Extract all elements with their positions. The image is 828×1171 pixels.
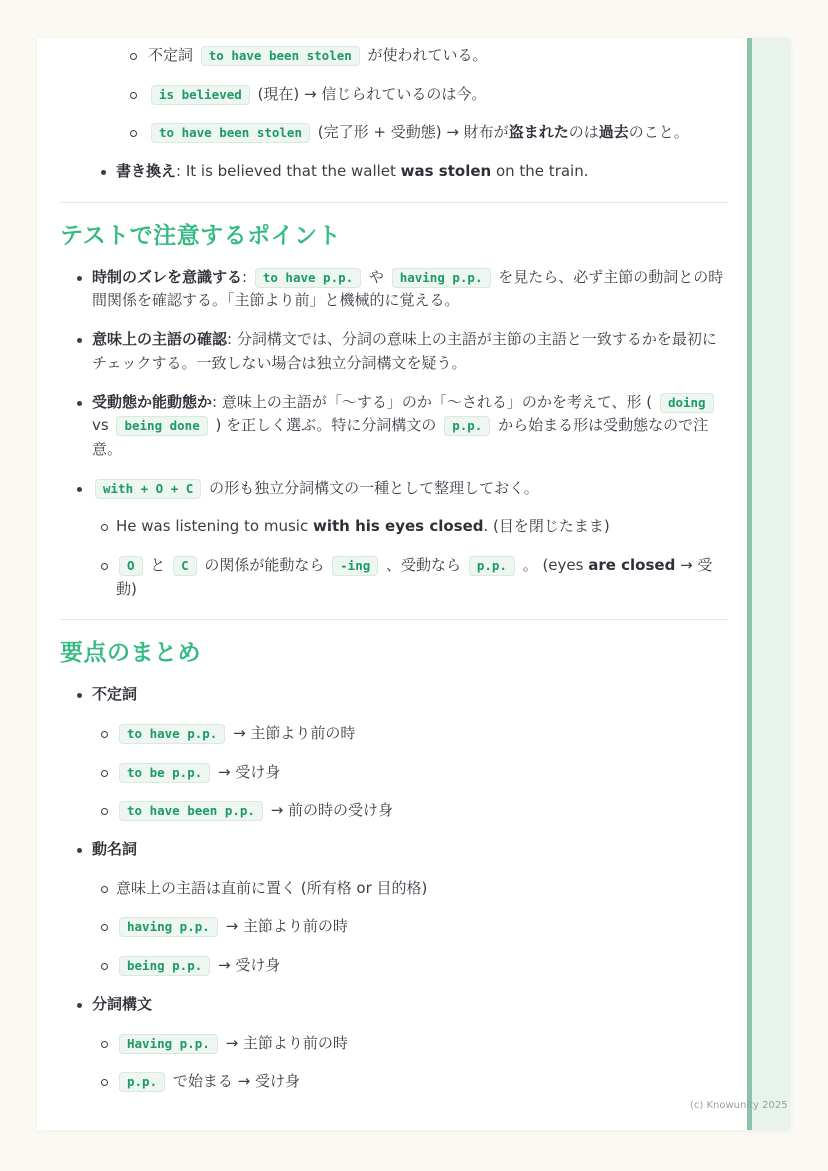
text-run: (現在) → 信じられているのは今。 xyxy=(253,85,487,103)
inline-code-badge: to have been p.p. xyxy=(119,801,263,821)
bullet-circle-marker xyxy=(101,924,108,931)
inline-code-badge: p.p. xyxy=(119,1072,165,1092)
list-item-text: having p.p. → 主節より前の時 xyxy=(116,915,728,939)
list-item: having p.p. → 主節より前の時 xyxy=(60,915,728,939)
list-item-text: p.p. で始まる → 受け身 xyxy=(116,1070,728,1094)
list-item-text: 意味上の主語の確認: 分詞構文では、分詞の意味上の主語が主節の主語と一致するかを… xyxy=(92,328,728,375)
list-item: 意味上の主語の確認: 分詞構文では、分詞の意味上の主語が主節の主語と一致するかを… xyxy=(60,328,728,375)
text-run: のは xyxy=(569,123,599,141)
text-run: のこと。 xyxy=(629,123,689,141)
text-run: : 意味上の主語が「〜する」のか「〜される」のかを考えて、形 ( xyxy=(212,393,657,411)
bullet-disc-marker xyxy=(77,401,82,406)
inline-code-badge: to be p.p. xyxy=(119,763,210,783)
text-run: 意味上の主語は直前に置く (所有格 or 目的格) xyxy=(116,879,427,897)
list-item: to have p.p. → 主節より前の時 xyxy=(60,722,728,746)
text-run: ) を正しく選ぶ。特に分詞構文の xyxy=(211,416,441,434)
inline-code-badge: having p.p. xyxy=(392,268,491,288)
list-item-text: to have been stolen (完了形 + 受動態) → 財布が盗まれ… xyxy=(148,121,728,145)
list-item-text: 書き換え: It is believed that the wallet was… xyxy=(116,160,728,184)
list-item: 受動態か能動態か: 意味上の主語が「〜する」のか「〜される」のかを考えて、形 (… xyxy=(60,391,728,462)
bold-text: 意味上の主語の確認 xyxy=(92,330,227,348)
list-item: Having p.p. → 主節より前の時 xyxy=(60,1032,728,1056)
bullet-disc-marker xyxy=(77,487,82,492)
text-run: : xyxy=(242,268,252,286)
text-run: (完了形 + 受動態) → 財布が xyxy=(313,123,509,141)
text-run: 不定詞 xyxy=(148,46,198,64)
bullet-circle-marker xyxy=(130,130,137,137)
inline-code-badge: p.p. xyxy=(469,556,515,576)
list-item: to be p.p. → 受け身 xyxy=(60,761,728,785)
bullet-circle-marker xyxy=(101,1079,108,1086)
text-run: と xyxy=(146,556,171,574)
list-item-text: 不定詞 xyxy=(92,683,728,707)
bullet-disc-marker xyxy=(101,170,106,175)
section-heading: テストで注意するポイント xyxy=(60,221,728,251)
list-item: 意味上の主語は直前に置く (所有格 or 目的格) xyxy=(60,877,728,901)
text-run: が使われている。 xyxy=(363,46,488,64)
list-item-text: to have been p.p. → 前の時の受け身 xyxy=(116,799,728,823)
text-run: や xyxy=(364,268,389,286)
inline-code-badge: O xyxy=(119,556,143,576)
document-page: 不定詞 to have been stolen が使われている。is belie… xyxy=(37,38,790,1130)
list-item: to have been stolen (完了形 + 受動態) → 財布が盗まれ… xyxy=(60,121,728,145)
list-item-text: 意味上の主語は直前に置く (所有格 or 目的格) xyxy=(116,877,728,901)
text-run: : It is believed that the wallet xyxy=(176,162,401,180)
list-item-text: 時制のズレを意識する: to have p.p. や having p.p. を… xyxy=(92,266,728,313)
list-item-text: Having p.p. → 主節より前の時 xyxy=(116,1032,728,1056)
bold-text: 過去 xyxy=(599,123,629,141)
inline-code-badge: being p.p. xyxy=(119,956,210,976)
list-item-text: being p.p. → 受け身 xyxy=(116,954,728,978)
bullet-circle-marker xyxy=(101,563,108,570)
bold-text: 時制のズレを意識する xyxy=(92,268,242,286)
bullet-circle-marker xyxy=(130,53,137,60)
text-run: He was listening to music xyxy=(116,517,313,535)
document-content: 不定詞 to have been stolen が使われている。is belie… xyxy=(60,38,728,1109)
section-divider xyxy=(60,619,728,620)
text-run: 、受動なら xyxy=(381,556,466,574)
bold-text: with his eyes closed xyxy=(313,517,484,535)
inline-code-badge: to have p.p. xyxy=(255,268,361,288)
list-item-text: O と C の関係が能動なら -ing 、受動なら p.p. 。 (eyes a… xyxy=(116,554,728,601)
list-item: He was listening to music with his eyes … xyxy=(60,515,728,539)
list-item: with + O + C の形も独立分詞構文の一種として整理しておく。 xyxy=(60,477,728,501)
text-run: vs xyxy=(92,416,113,434)
bold-text: 動名詞 xyxy=(92,840,137,858)
bold-text: 受動態か能動態か xyxy=(92,393,212,411)
list-item: 動名詞 xyxy=(60,838,728,862)
list-item-text: with + O + C の形も独立分詞構文の一種として整理しておく。 xyxy=(92,477,728,501)
text-run: → 前の時の受け身 xyxy=(266,801,393,819)
section-divider xyxy=(60,202,728,203)
list-item: 分詞構文 xyxy=(60,993,728,1017)
text-run: → 主節より前の時 xyxy=(221,917,348,935)
bullet-circle-marker xyxy=(101,886,108,893)
text-run: → 主節より前の時 xyxy=(228,724,355,742)
list-item-text: 動名詞 xyxy=(92,838,728,862)
inline-code-badge: to have p.p. xyxy=(119,724,225,744)
text-run: on the train. xyxy=(491,162,588,180)
inline-code-badge: to have been stolen xyxy=(151,123,310,143)
bullet-disc-marker xyxy=(77,693,82,698)
list-item-text: 不定詞 to have been stolen が使われている。 xyxy=(148,44,728,68)
inline-code-badge: p.p. xyxy=(444,416,490,436)
list-item: 書き換え: It is believed that the wallet was… xyxy=(60,160,728,184)
list-item: 不定詞 xyxy=(60,683,728,707)
inline-code-badge: is believed xyxy=(151,85,250,105)
bold-text: are closed xyxy=(588,556,675,574)
text-run: で始まる → 受け身 xyxy=(168,1072,300,1090)
bullet-circle-marker xyxy=(101,731,108,738)
bullet-circle-marker xyxy=(101,1041,108,1048)
text-run: . (目を閉じたまま) xyxy=(484,517,610,535)
text-run: → 主節より前の時 xyxy=(221,1034,348,1052)
list-item-text: to have p.p. → 主節より前の時 xyxy=(116,722,728,746)
text-run: → 受け身 xyxy=(213,956,280,974)
list-item-text: is believed (現在) → 信じられているのは今。 xyxy=(148,83,728,107)
list-item-text: 分詞構文 xyxy=(92,993,728,1017)
list-item: O と C の関係が能動なら -ing 、受動なら p.p. 。 (eyes a… xyxy=(60,554,728,601)
list-item: being p.p. → 受け身 xyxy=(60,954,728,978)
bullet-circle-marker xyxy=(101,808,108,815)
text-run: の関係が能動なら xyxy=(200,556,330,574)
inline-code-badge: -ing xyxy=(332,556,378,576)
bold-text: 盗まれた xyxy=(509,123,569,141)
list-item-text: 受動態か能動態か: 意味上の主語が「〜する」のか「〜される」のかを考えて、形 (… xyxy=(92,391,728,462)
bold-text: was stolen xyxy=(401,162,492,180)
inline-code-badge: doing xyxy=(660,393,714,413)
bold-text: 不定詞 xyxy=(92,685,137,703)
copyright-watermark: (c) Knowunity 2025 xyxy=(690,1100,788,1111)
bullet-circle-marker xyxy=(101,770,108,777)
list-item-text: to be p.p. → 受け身 xyxy=(116,761,728,785)
inline-code-badge: with + O + C xyxy=(95,479,201,499)
list-item: to have been p.p. → 前の時の受け身 xyxy=(60,799,728,823)
inline-code-badge: having p.p. xyxy=(119,917,218,937)
text-run: の形も独立分詞構文の一種として整理しておく。 xyxy=(204,479,538,497)
list-item: 時制のズレを意識する: to have p.p. や having p.p. を… xyxy=(60,266,728,313)
inline-code-badge: being done xyxy=(116,416,207,436)
list-item: is believed (現在) → 信じられているのは今。 xyxy=(60,83,728,107)
list-item: p.p. で始まる → 受け身 xyxy=(60,1070,728,1094)
inline-code-badge: to have been stolen xyxy=(201,46,360,66)
inline-code-badge: C xyxy=(173,556,197,576)
bold-text: 書き換え xyxy=(116,162,176,180)
inline-code-badge: Having p.p. xyxy=(119,1034,218,1054)
bullet-disc-marker xyxy=(77,338,82,343)
bullet-circle-marker xyxy=(130,92,137,99)
bullet-circle-marker xyxy=(101,524,108,531)
bullet-disc-marker xyxy=(77,276,82,281)
section-heading: 要点のまとめ xyxy=(60,638,728,668)
text-run: → 受け身 xyxy=(213,763,280,781)
list-item: 不定詞 to have been stolen が使われている。 xyxy=(60,44,728,68)
bold-text: 分詞構文 xyxy=(92,995,152,1013)
bullet-circle-marker xyxy=(101,963,108,970)
page-edge-fill xyxy=(752,38,790,1130)
bullet-disc-marker xyxy=(77,848,82,853)
text-run: 。 (eyes xyxy=(518,556,588,574)
bullet-disc-marker xyxy=(77,1003,82,1008)
list-item-text: He was listening to music with his eyes … xyxy=(116,515,728,539)
